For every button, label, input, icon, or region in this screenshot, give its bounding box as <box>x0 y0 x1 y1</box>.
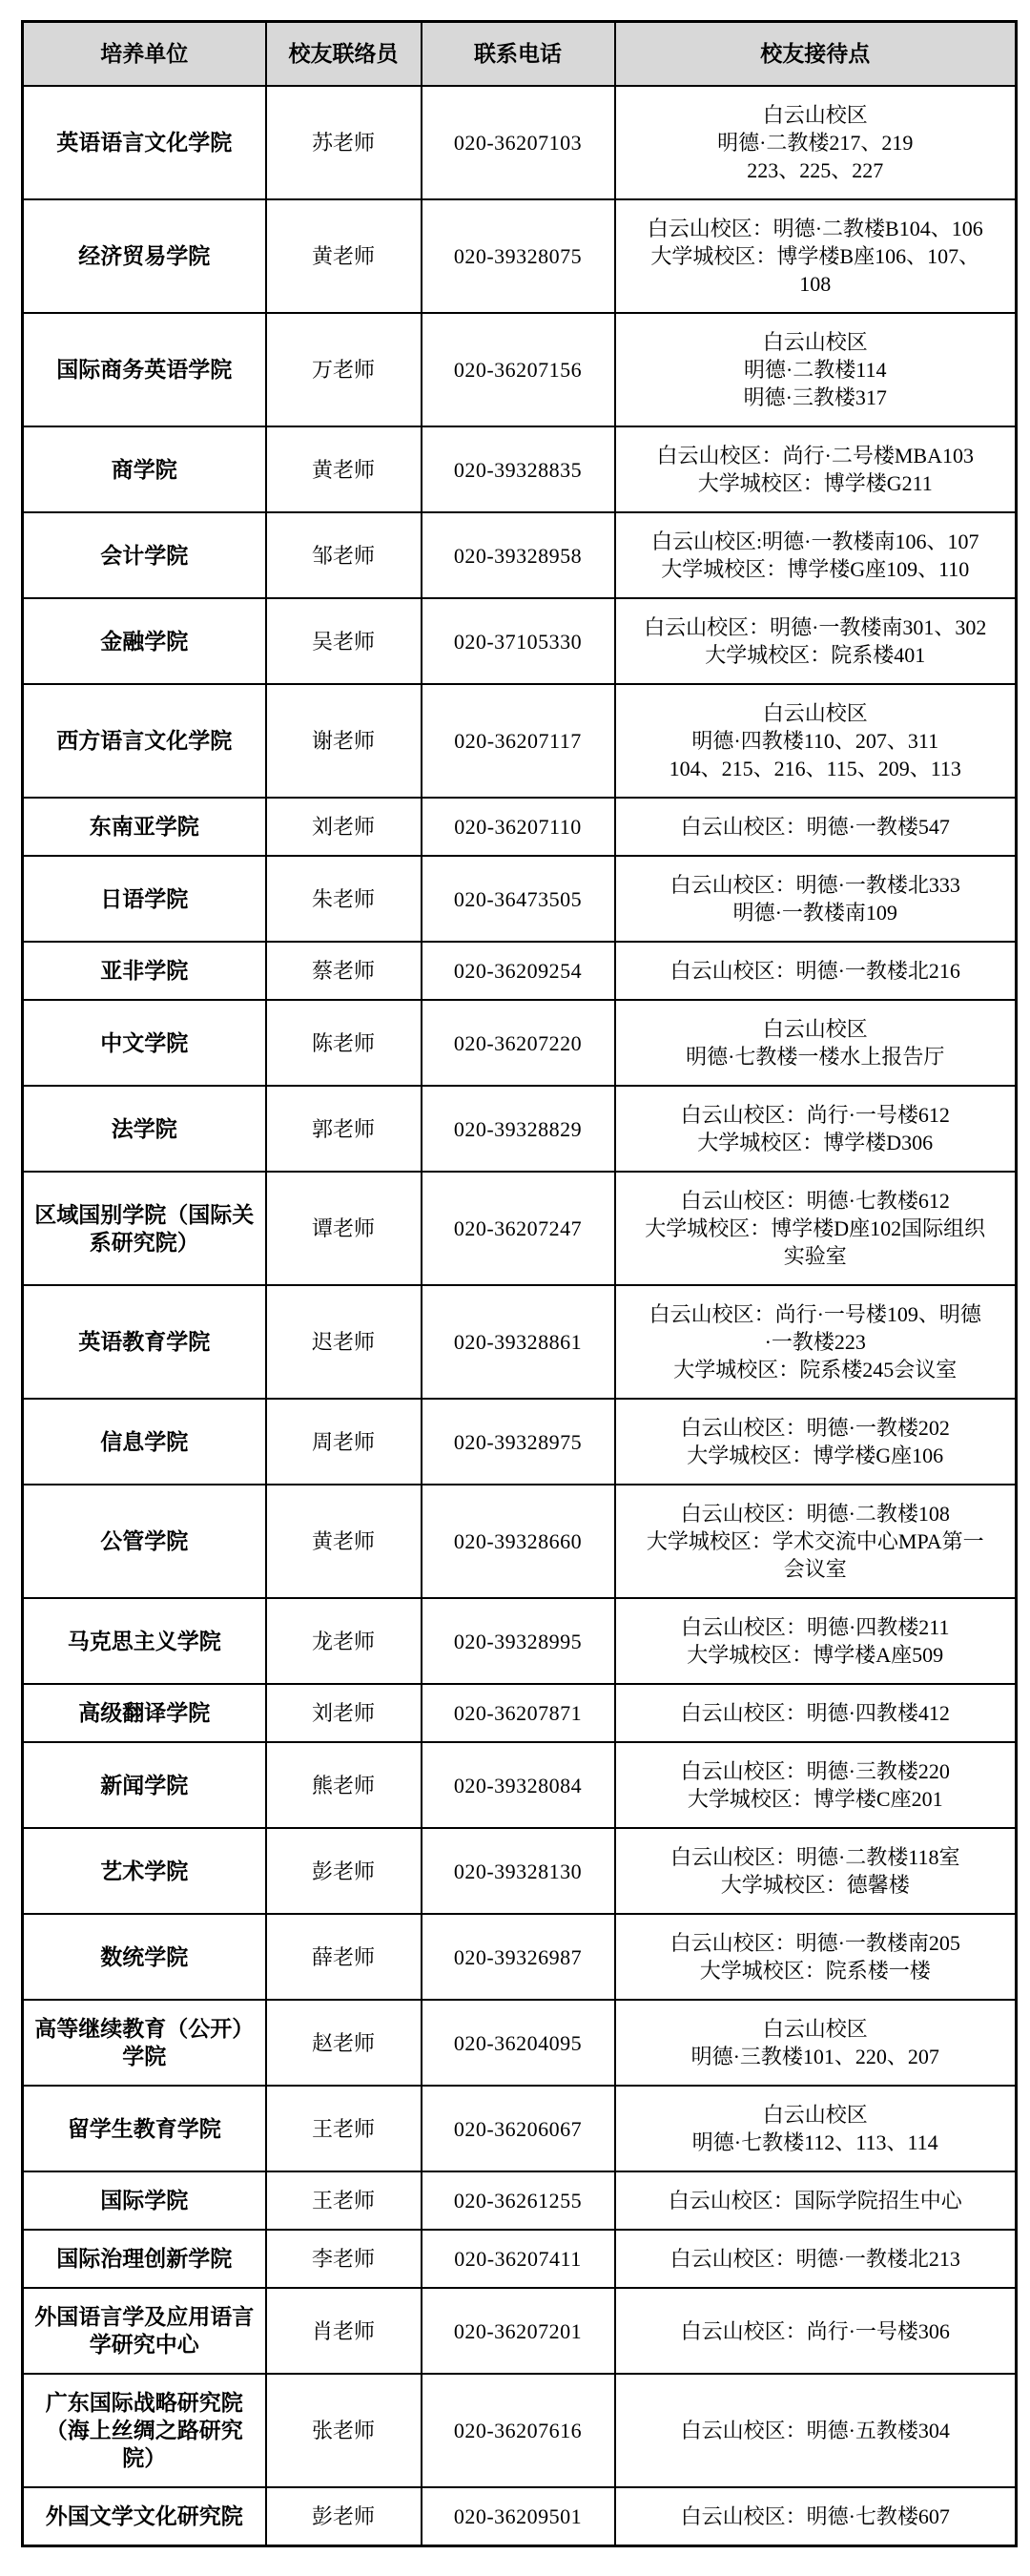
reception-line: 白云山校区：明德·四教楼211 <box>626 1613 1006 1641</box>
reception-line: 白云山校区：尚行·一号楼306 <box>626 2317 1006 2345</box>
unit-cell: 留学生教育学院 <box>23 2086 266 2171</box>
unit-cell: 国际学院 <box>23 2171 266 2230</box>
reception-line: 108 <box>626 270 1006 298</box>
reception-line: 大学城校区：博学楼G211 <box>626 469 1006 497</box>
reception-line: 大学城校区：博学楼D306 <box>626 1129 1006 1156</box>
contact-cell: 黄老师 <box>266 1485 422 1598</box>
table-row: 中文学院陈老师020-36207220白云山校区明德·七教楼一楼水上报告厅 <box>23 1000 1017 1086</box>
unit-cell: 区域国别学院（国际关系研究院） <box>23 1172 266 1285</box>
reception-line: 会议室 <box>626 1555 1006 1583</box>
contact-cell: 黄老师 <box>266 199 422 313</box>
unit-cell: 马克思主义学院 <box>23 1598 266 1684</box>
reception-cell: 白云山校区：明德·一教楼北213 <box>615 2230 1017 2288</box>
contact-cell: 郭老师 <box>266 1086 422 1172</box>
unit-cell: 国际商务英语学院 <box>23 313 266 426</box>
reception-line: 104、215、216、115、209、113 <box>626 755 1006 782</box>
table-row: 日语学院朱老师020-36473505白云山校区：明德·一教楼北333明德·一教… <box>23 856 1017 942</box>
phone-cell: 020-39328130 <box>422 1828 615 1914</box>
reception-cell: 白云山校区：明德·一教楼北333明德·一教楼南109 <box>615 856 1017 942</box>
unit-cell: 中文学院 <box>23 1000 266 1086</box>
reception-cell: 白云山校区：明德·五教楼304 <box>615 2374 1017 2487</box>
table-body: 英语语言文化学院苏老师020-36207103白云山校区明德·二教楼217、21… <box>23 86 1017 2546</box>
table-row: 金融学院吴老师020-37105330白云山校区：明德·一教楼南301、302大… <box>23 598 1017 684</box>
contact-cell: 薛老师 <box>266 1914 422 2000</box>
reception-line: 大学城校区：德馨楼 <box>626 1871 1006 1899</box>
unit-cell: 艺术学院 <box>23 1828 266 1914</box>
reception-cell: 白云山校区：尚行·一号楼109、明德·一教楼223大学城校区：院系楼245会议室 <box>615 1285 1017 1399</box>
reception-line: 实验室 <box>626 1242 1006 1270</box>
reception-line: 白云山校区：明德·二教楼B104、106 <box>626 215 1006 242</box>
reception-line: 白云山校区：明德·一教楼北333 <box>626 871 1006 899</box>
unit-cell: 外国文学文化研究院 <box>23 2487 266 2546</box>
header-phone: 联系电话 <box>422 22 615 87</box>
phone-cell: 020-36261255 <box>422 2171 615 2230</box>
unit-cell: 广东国际战略研究院（海上丝绸之路研究院） <box>23 2374 266 2487</box>
phone-cell: 020-39328958 <box>422 512 615 598</box>
unit-cell: 高级翻译学院 <box>23 1684 266 1742</box>
phone-cell: 020-39328660 <box>422 1485 615 1598</box>
contact-cell: 邹老师 <box>266 512 422 598</box>
phone-cell: 020-37105330 <box>422 598 615 684</box>
reception-line: 明德·七教楼一楼水上报告厅 <box>626 1043 1006 1070</box>
unit-cell: 亚非学院 <box>23 942 266 1000</box>
reception-cell: 白云山校区：明德·二教楼118室大学城校区：德馨楼 <box>615 1828 1017 1914</box>
table-row: 高级翻译学院刘老师020-36207871白云山校区：明德·四教楼412 <box>23 1684 1017 1742</box>
unit-cell: 公管学院 <box>23 1485 266 1598</box>
table-row: 西方语言文化学院谢老师020-36207117白云山校区明德·四教楼110、20… <box>23 684 1017 798</box>
reception-cell: 白云山校区明德·四教楼110、207、311104、215、216、115、20… <box>615 684 1017 798</box>
reception-line: 白云山校区：明德·一教楼202 <box>626 1414 1006 1442</box>
reception-line: 白云山校区：尚行·一号楼109、明德 <box>626 1300 1006 1328</box>
reception-cell: 白云山校区：明德·一教楼547 <box>615 798 1017 856</box>
reception-line: 明德·一教楼南109 <box>626 899 1006 926</box>
contact-cell: 龙老师 <box>266 1598 422 1684</box>
contact-cell: 刘老师 <box>266 798 422 856</box>
unit-cell: 高等继续教育（公开）学院 <box>23 2000 266 2086</box>
reception-cell: 白云山校区明德·二教楼217、219223、225、227 <box>615 86 1017 199</box>
phone-cell: 020-36209254 <box>422 942 615 1000</box>
contact-cell: 李老师 <box>266 2230 422 2288</box>
contact-cell: 陈老师 <box>266 1000 422 1086</box>
reception-line: 白云山校区 <box>626 699 1006 727</box>
table-row: 艺术学院彭老师020-39328130白云山校区：明德·二教楼118室大学城校区… <box>23 1828 1017 1914</box>
phone-cell: 020-36207103 <box>422 86 615 199</box>
contact-cell: 彭老师 <box>266 2487 422 2546</box>
reception-cell: 白云山校区：明德·一教楼南205大学城校区：院系楼一楼 <box>615 1914 1017 2000</box>
unit-cell: 英语语言文化学院 <box>23 86 266 199</box>
unit-cell: 法学院 <box>23 1086 266 1172</box>
unit-cell: 外国语言学及应用语言学研究中心 <box>23 2288 266 2374</box>
reception-line: 白云山校区 <box>626 1015 1006 1043</box>
contact-cell: 苏老师 <box>266 86 422 199</box>
contact-cell: 黄老师 <box>266 426 422 512</box>
contact-cell: 彭老师 <box>266 1828 422 1914</box>
reception-line: ·一教楼223 <box>626 1328 1006 1356</box>
table-row: 法学院郭老师020-39328829白云山校区：尚行·一号楼612大学城校区：博… <box>23 1086 1017 1172</box>
unit-cell: 经济贸易学院 <box>23 199 266 313</box>
contact-cell: 蔡老师 <box>266 942 422 1000</box>
reception-line: 白云山校区：明德·七教楼607 <box>626 2503 1006 2530</box>
reception-line: 白云山校区 <box>626 101 1006 129</box>
unit-cell: 金融学院 <box>23 598 266 684</box>
contact-cell: 万老师 <box>266 313 422 426</box>
contact-cell: 周老师 <box>266 1399 422 1485</box>
table-row: 国际学院王老师020-36261255白云山校区：国际学院招生中心 <box>23 2171 1017 2230</box>
phone-cell: 020-36207411 <box>422 2230 615 2288</box>
reception-line: 白云山校区：明德·二教楼108 <box>626 1500 1006 1527</box>
reception-line: 白云山校区 <box>626 2015 1006 2043</box>
contact-cell: 张老师 <box>266 2374 422 2487</box>
unit-cell: 英语教育学院 <box>23 1285 266 1399</box>
table-row: 广东国际战略研究院（海上丝绸之路研究院）张老师020-36207616白云山校区… <box>23 2374 1017 2487</box>
reception-line: 白云山校区：明德·五教楼304 <box>626 2417 1006 2444</box>
table-row: 国际商务英语学院万老师020-36207156白云山校区明德·二教楼114明德·… <box>23 313 1017 426</box>
contact-cell: 肖老师 <box>266 2288 422 2374</box>
table-row: 经济贸易学院黄老师020-39328075白云山校区：明德·二教楼B104、10… <box>23 199 1017 313</box>
reception-cell: 白云山校区：明德·一教楼202大学城校区：博学楼G座106 <box>615 1399 1017 1485</box>
reception-line: 大学城校区：博学楼C座201 <box>626 1785 1006 1813</box>
reception-line: 明德·七教楼112、113、114 <box>626 2129 1006 2156</box>
phone-cell: 020-36207247 <box>422 1172 615 1285</box>
contact-cell: 谭老师 <box>266 1172 422 1285</box>
contact-cell: 王老师 <box>266 2086 422 2171</box>
reception-cell: 白云山校区：明德·二教楼108大学城校区：学术交流中心MPA第一会议室 <box>615 1485 1017 1598</box>
reception-line: 白云山校区：明德·一教楼北216 <box>626 957 1006 985</box>
unit-cell: 日语学院 <box>23 856 266 942</box>
unit-cell: 东南亚学院 <box>23 798 266 856</box>
contact-cell: 迟老师 <box>266 1285 422 1399</box>
table-header: 培养单位 校友联络员 联系电话 校友接待点 <box>23 22 1017 87</box>
reception-line: 大学城校区：院系楼一楼 <box>626 1957 1006 1984</box>
contact-cell: 吴老师 <box>266 598 422 684</box>
reception-line: 白云山校区：明德·一教楼547 <box>626 813 1006 841</box>
reception-line: 白云山校区：明德·一教楼南301、302 <box>626 613 1006 641</box>
phone-cell: 020-39328075 <box>422 199 615 313</box>
page: 培养单位 校友联络员 联系电话 校友接待点 英语语言文化学院苏老师020-362… <box>0 0 1030 2576</box>
reception-line: 大学城校区：院系楼401 <box>626 641 1006 669</box>
table-row: 英语教育学院迟老师020-39328861白云山校区：尚行·一号楼109、明德·… <box>23 1285 1017 1399</box>
header-row: 培养单位 校友联络员 联系电话 校友接待点 <box>23 22 1017 87</box>
reception-cell: 白云山校区明德·七教楼112、113、114 <box>615 2086 1017 2171</box>
table-row: 区域国别学院（国际关系研究院）谭老师020-36207247白云山校区：明德·七… <box>23 1172 1017 1285</box>
reception-line: 大学城校区：博学楼A座509 <box>626 1641 1006 1669</box>
unit-cell: 新闻学院 <box>23 1742 266 1828</box>
unit-cell: 会计学院 <box>23 512 266 598</box>
reception-line: 大学城校区：博学楼G座106 <box>626 1442 1006 1469</box>
reception-line: 大学城校区：院系楼245会议室 <box>626 1356 1006 1383</box>
reception-cell: 白云山校区:明德·一教楼南106、107大学城校区：博学楼G座109、110 <box>615 512 1017 598</box>
table-row: 英语语言文化学院苏老师020-36207103白云山校区明德·二教楼217、21… <box>23 86 1017 199</box>
reception-line: 白云山校区 <box>626 328 1006 356</box>
reception-cell: 白云山校区：明德·四教楼211大学城校区：博学楼A座509 <box>615 1598 1017 1684</box>
reception-line: 白云山校区：明德·三教楼220 <box>626 1757 1006 1785</box>
phone-cell: 020-36207117 <box>422 684 615 798</box>
reception-line: 明德·二教楼217、219 <box>626 129 1006 156</box>
reception-line: 大学城校区：博学楼G座109、110 <box>626 555 1006 583</box>
table-row: 商学院黄老师020-39328835白云山校区：尚行·二号楼MBA103大学城校… <box>23 426 1017 512</box>
contact-cell: 赵老师 <box>266 2000 422 2086</box>
table-row: 留学生教育学院王老师020-36206067白云山校区明德·七教楼112、113… <box>23 2086 1017 2171</box>
reception-cell: 白云山校区明德·三教楼101、220、207 <box>615 2000 1017 2086</box>
contact-cell: 朱老师 <box>266 856 422 942</box>
reception-cell: 白云山校区：明德·三教楼220大学城校区：博学楼C座201 <box>615 1742 1017 1828</box>
unit-cell: 国际治理创新学院 <box>23 2230 266 2288</box>
phone-cell: 020-36207616 <box>422 2374 615 2487</box>
header-contact: 校友联络员 <box>266 22 422 87</box>
contact-cell: 谢老师 <box>266 684 422 798</box>
phone-cell: 020-39328835 <box>422 426 615 512</box>
table-row: 外国文学文化研究院彭老师020-36209501白云山校区：明德·七教楼607 <box>23 2487 1017 2546</box>
unit-cell: 数统学院 <box>23 1914 266 2000</box>
phone-cell: 020-36207220 <box>422 1000 615 1086</box>
reception-line: 白云山校区：明德·二教楼118室 <box>626 1843 1006 1871</box>
phone-cell: 020-36207156 <box>422 313 615 426</box>
phone-cell: 020-36204095 <box>422 2000 615 2086</box>
table-row: 新闻学院熊老师020-39328084白云山校区：明德·三教楼220大学城校区：… <box>23 1742 1017 1828</box>
reception-line: 明德·三教楼317 <box>626 384 1006 411</box>
phone-cell: 020-36207110 <box>422 798 615 856</box>
table-row: 高等继续教育（公开）学院赵老师020-36204095白云山校区明德·三教楼10… <box>23 2000 1017 2086</box>
reception-cell: 白云山校区：明德·四教楼412 <box>615 1684 1017 1742</box>
phone-cell: 020-39326987 <box>422 1914 615 2000</box>
table-row: 公管学院黄老师020-39328660白云山校区：明德·二教楼108大学城校区：… <box>23 1485 1017 1598</box>
contact-cell: 熊老师 <box>266 1742 422 1828</box>
reception-line: 大学城校区：学术交流中心MPA第一 <box>626 1527 1006 1555</box>
header-unit: 培养单位 <box>23 22 266 87</box>
reception-cell: 白云山校区：明德·二教楼B104、106大学城校区：博学楼B座106、107、1… <box>615 199 1017 313</box>
phone-cell: 020-36207871 <box>422 1684 615 1742</box>
contact-cell: 刘老师 <box>266 1684 422 1742</box>
phone-cell: 020-36206067 <box>422 2086 615 2171</box>
reception-line: 明德·二教楼114 <box>626 356 1006 384</box>
alumni-contact-table: 培养单位 校友联络员 联系电话 校友接待点 英语语言文化学院苏老师020-362… <box>21 20 1018 2547</box>
table-row: 亚非学院蔡老师020-36209254白云山校区：明德·一教楼北216 <box>23 942 1017 1000</box>
phone-cell: 020-36473505 <box>422 856 615 942</box>
reception-cell: 白云山校区：尚行·一号楼612大学城校区：博学楼D306 <box>615 1086 1017 1172</box>
table-row: 信息学院周老师020-39328975白云山校区：明德·一教楼202大学城校区：… <box>23 1399 1017 1485</box>
reception-cell: 白云山校区明德·七教楼一楼水上报告厅 <box>615 1000 1017 1086</box>
contact-cell: 王老师 <box>266 2171 422 2230</box>
reception-line: 白云山校区：明德·一教楼南205 <box>626 1929 1006 1957</box>
reception-line: 白云山校区：明德·七教楼612 <box>626 1187 1006 1215</box>
reception-line: 白云山校区 <box>626 2101 1006 2129</box>
phone-cell: 020-39328995 <box>422 1598 615 1684</box>
phone-cell: 020-39328861 <box>422 1285 615 1399</box>
table-row: 外国语言学及应用语言学研究中心肖老师020-36207201白云山校区：尚行·一… <box>23 2288 1017 2374</box>
reception-line: 白云山校区：尚行·二号楼MBA103 <box>626 442 1006 469</box>
table-row: 东南亚学院刘老师020-36207110白云山校区：明德·一教楼547 <box>23 798 1017 856</box>
reception-cell: 白云山校区：明德·一教楼北216 <box>615 942 1017 1000</box>
reception-line: 白云山校区：明德·一教楼北213 <box>626 2245 1006 2273</box>
table-row: 数统学院薛老师020-39326987白云山校区：明德·一教楼南205大学城校区… <box>23 1914 1017 2000</box>
reception-cell: 白云山校区：明德·七教楼607 <box>615 2487 1017 2546</box>
reception-line: 白云山校区:明德·一教楼南106、107 <box>626 528 1006 555</box>
phone-cell: 020-39328084 <box>422 1742 615 1828</box>
reception-line: 白云山校区：国际学院招生中心 <box>626 2187 1006 2214</box>
phone-cell: 020-39328829 <box>422 1086 615 1172</box>
reception-line: 白云山校区：尚行·一号楼612 <box>626 1101 1006 1129</box>
header-reception: 校友接待点 <box>615 22 1017 87</box>
phone-cell: 020-36207201 <box>422 2288 615 2374</box>
phone-cell: 020-36209501 <box>422 2487 615 2546</box>
reception-cell: 白云山校区：国际学院招生中心 <box>615 2171 1017 2230</box>
unit-cell: 西方语言文化学院 <box>23 684 266 798</box>
reception-line: 大学城校区：博学楼B座106、107、 <box>626 242 1006 270</box>
reception-cell: 白云山校区：尚行·二号楼MBA103大学城校区：博学楼G211 <box>615 426 1017 512</box>
reception-line: 223、225、227 <box>626 156 1006 184</box>
reception-line: 白云山校区：明德·四教楼412 <box>626 1699 1006 1727</box>
reception-cell: 白云山校区：明德·一教楼南301、302大学城校区：院系楼401 <box>615 598 1017 684</box>
reception-line: 明德·四教楼110、207、311 <box>626 727 1006 755</box>
table-row: 会计学院邹老师020-39328958白云山校区:明德·一教楼南106、107大… <box>23 512 1017 598</box>
table-row: 国际治理创新学院李老师020-36207411白云山校区：明德·一教楼北213 <box>23 2230 1017 2288</box>
reception-cell: 白云山校区：尚行·一号楼306 <box>615 2288 1017 2374</box>
reception-cell: 白云山校区明德·二教楼114明德·三教楼317 <box>615 313 1017 426</box>
reception-line: 大学城校区：博学楼D座102国际组织 <box>626 1215 1006 1242</box>
unit-cell: 信息学院 <box>23 1399 266 1485</box>
unit-cell: 商学院 <box>23 426 266 512</box>
reception-cell: 白云山校区：明德·七教楼612大学城校区：博学楼D座102国际组织实验室 <box>615 1172 1017 1285</box>
table-row: 马克思主义学院龙老师020-39328995白云山校区：明德·四教楼211大学城… <box>23 1598 1017 1684</box>
phone-cell: 020-39328975 <box>422 1399 615 1485</box>
reception-line: 明德·三教楼101、220、207 <box>626 2043 1006 2070</box>
